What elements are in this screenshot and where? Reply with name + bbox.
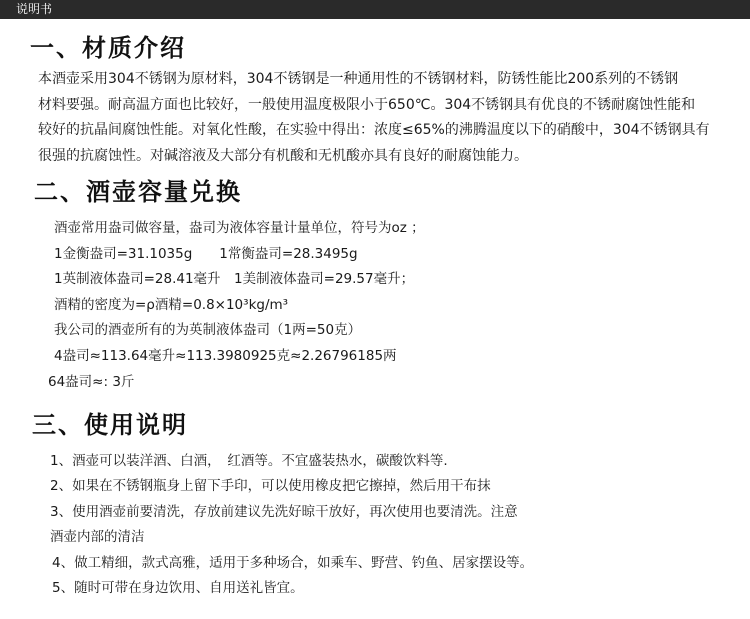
header-title: 说明书: [16, 1, 52, 18]
section-title-usage: 三、使用说明: [32, 410, 188, 440]
usage-line-4: 酒壶内部的清洁: [50, 525, 145, 550]
material-line-2: 材料要强。耐高温方面也比较好，一般使用温度极限小于650℃。304不锈钢具有优良…: [38, 92, 695, 119]
capacity-line-5: 我公司的酒壶所有的为英制液体盎司（1两=50克）: [54, 318, 361, 343]
usage-line-1: 1、酒壶可以装洋酒、白酒， 红酒等。不宜盛装热水，碳酸饮料等.: [50, 449, 448, 474]
capacity-line-3: 1英制液体盎司=28.41毫升 1美制液体盎司=29.57毫升；: [54, 267, 414, 292]
capacity-line-1: 酒壶常用盎司做容量，盎司为液体容量计量单位，符号为oz ；: [54, 216, 425, 241]
material-line-1: 本酒壶采用304不锈钢为原材料，304不锈钢是一种通用性的不锈钢材料，防锈性能比…: [38, 66, 678, 93]
material-line-4: 很强的抗腐蚀性。对碱溶液及大部分有机酸和无机酸亦具有良好的耐腐蚀能力。: [38, 143, 528, 170]
capacity-line-4: 酒精的密度为=ρ酒精=0.8×10³kg/m³: [54, 293, 288, 318]
section-title-material: 一、材质介绍: [30, 33, 186, 63]
usage-line-3: 3、使用酒壶前要清洗，存放前建议先洗好晾干放好，再次使用也要清洗。注意: [50, 500, 518, 525]
material-line-3: 较好的抗晶间腐蚀性能。对氧化性酸，在实验中得出：浓度≤65%的沸腾温度以下的硝酸…: [38, 117, 710, 144]
header-bar: 说明书: [0, 0, 750, 19]
usage-line-6: 5、随时可带在身边饮用、自用送礼皆宜。: [52, 576, 304, 601]
section-title-capacity: 二、酒壶容量兑换: [34, 177, 242, 207]
capacity-line-6: 4盎司≈113.64毫升≈113.3980925克≈2.26796185两: [54, 344, 397, 369]
capacity-line-7: 64盎司≈: 3斤: [48, 370, 134, 395]
capacity-line-2: 1金衡盎司=31.1035g 1常衡盎司=28.3495g: [54, 242, 358, 267]
usage-line-5: 4、做工精细，款式高雅，适用于多种场合，如乘车、野营、钓鱼、居家摆设等。: [52, 551, 533, 576]
usage-line-2: 2、如果在不锈钢瓶身上留下手印，可以使用橡皮把它擦掉，然后用干布抹: [50, 474, 491, 499]
